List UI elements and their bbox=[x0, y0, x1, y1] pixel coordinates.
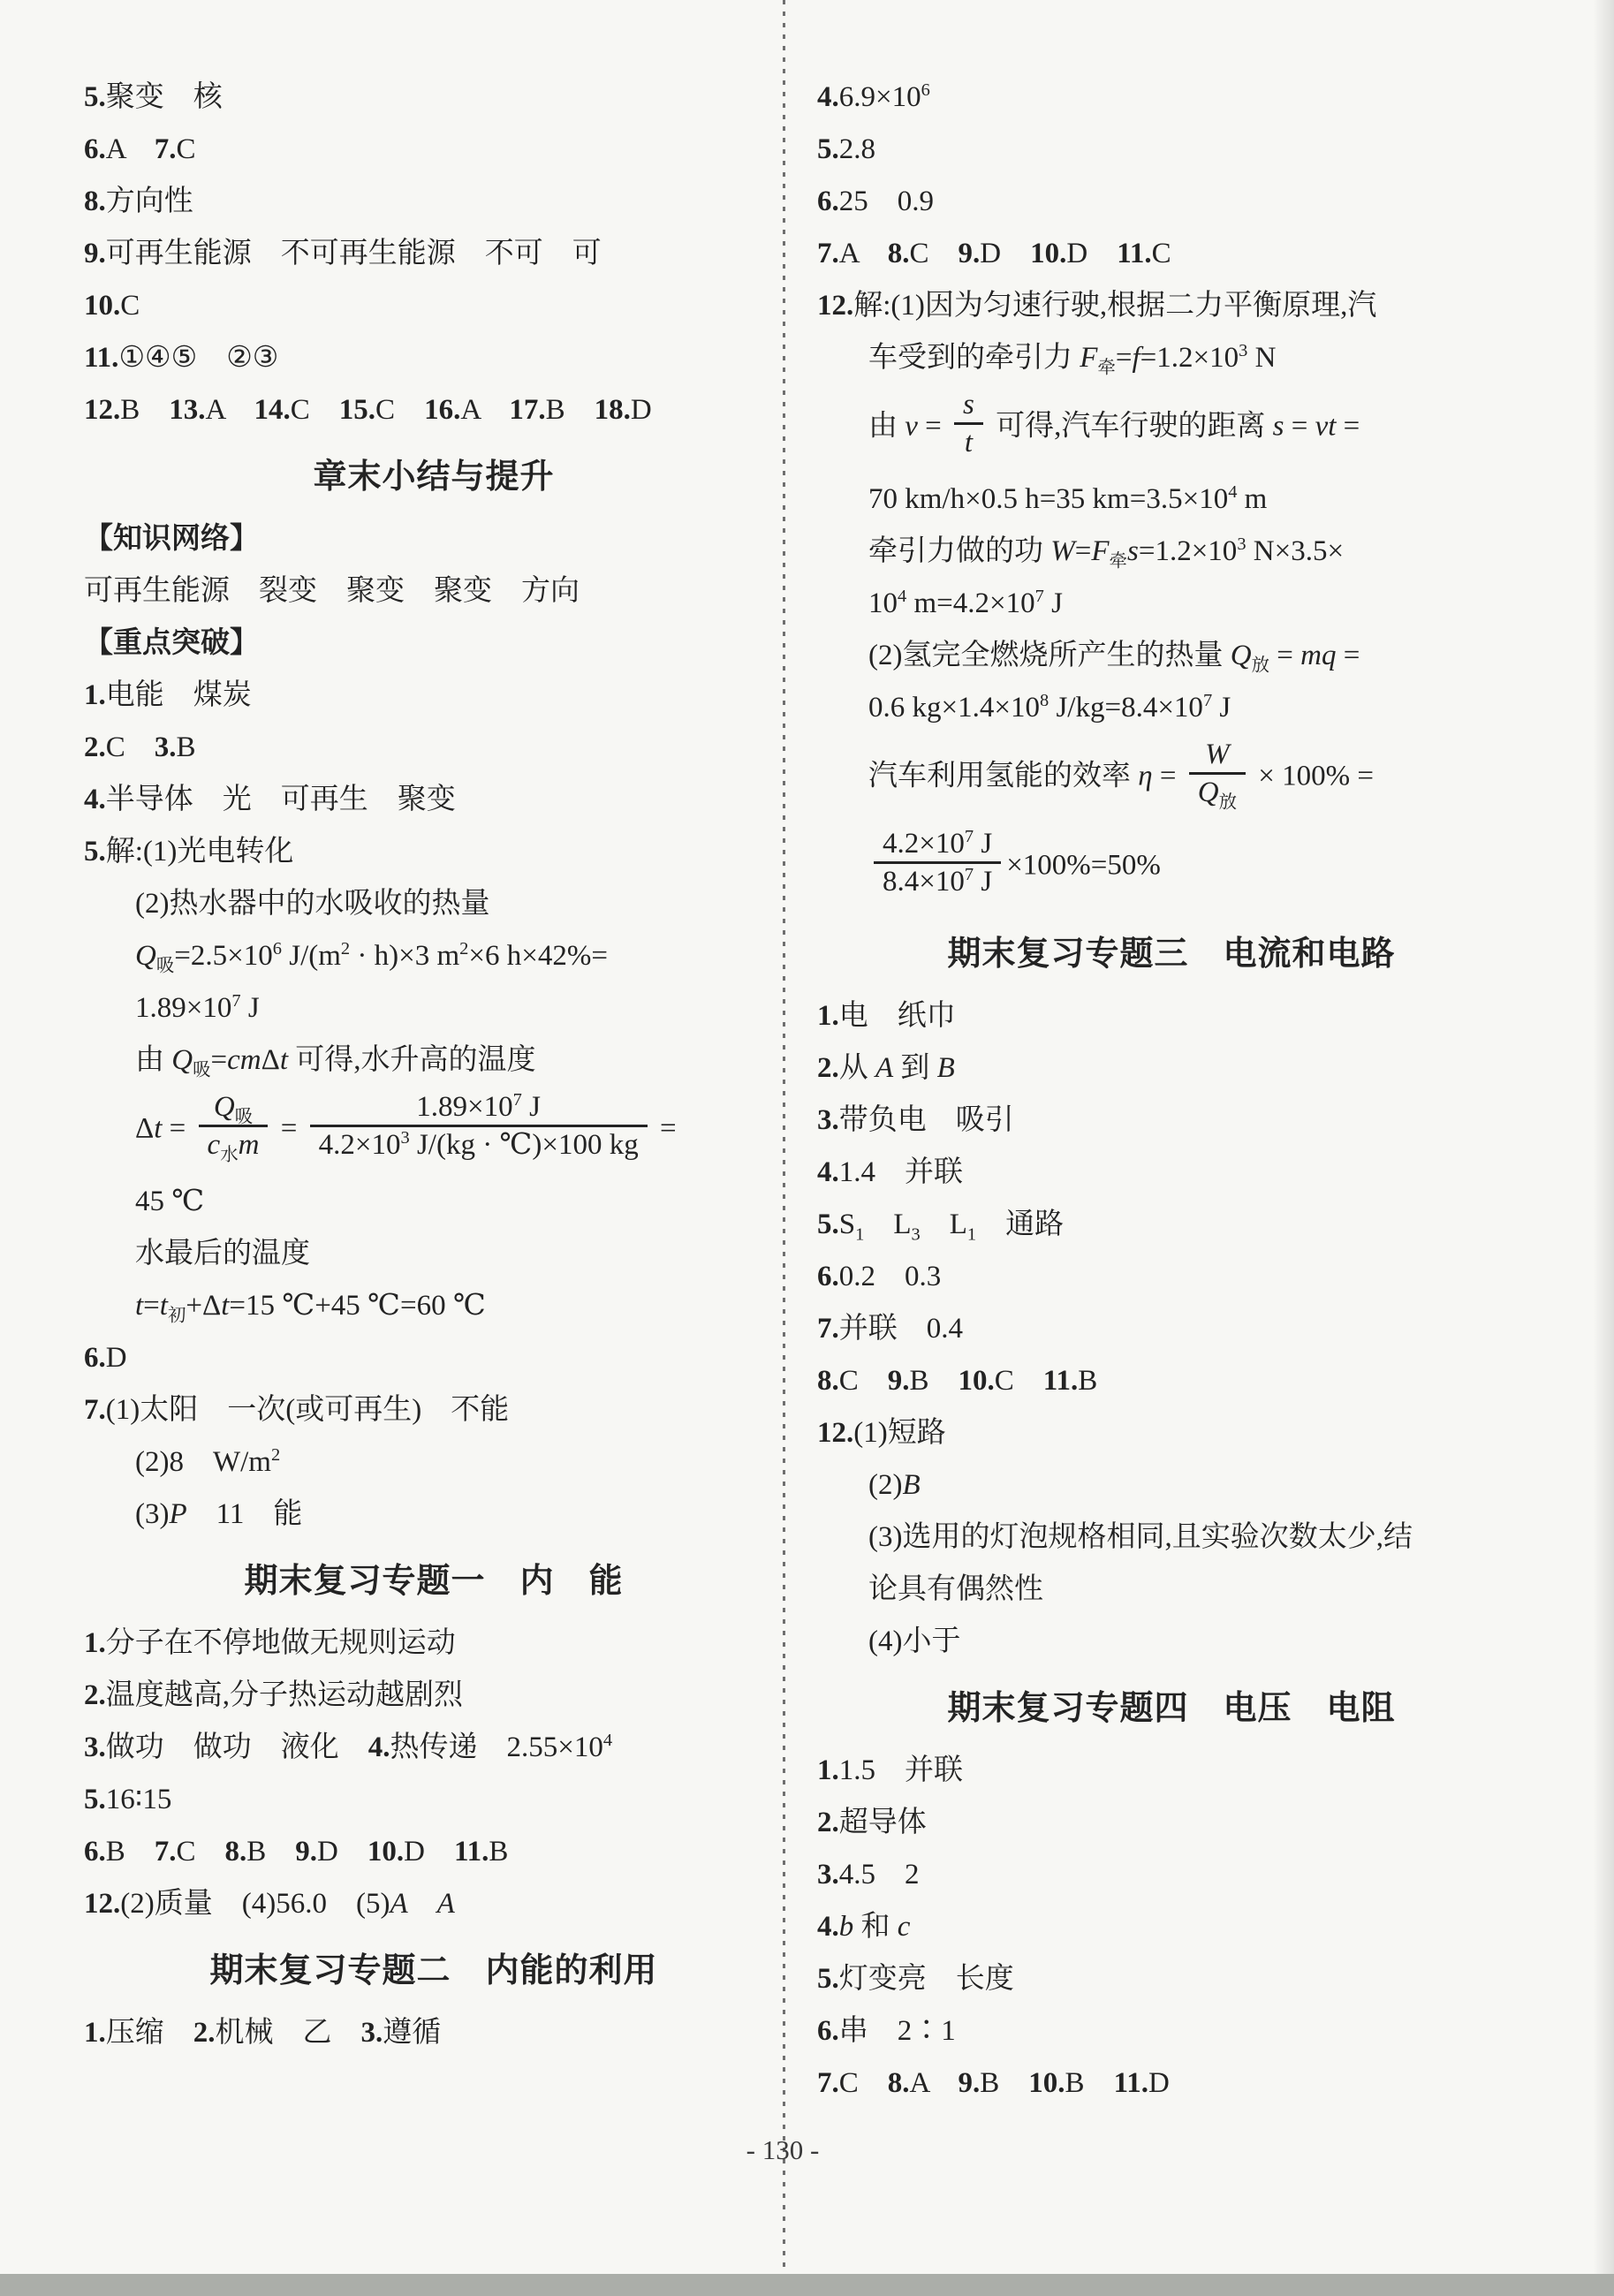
answer-line: 10.C bbox=[84, 288, 784, 323]
answer-line: 1.电能 煤炭 bbox=[84, 678, 784, 713]
answer-line: 4.6.9×106 bbox=[817, 80, 1526, 115]
answer-line: 6.B 7.C 8.B 9.D 10.D 11.B bbox=[84, 1834, 784, 1869]
answer-line: 3.做功 做功 液化 4.热传递 2.55×104 bbox=[84, 1730, 784, 1765]
fraction-numerator: 1.89×107 J bbox=[310, 1090, 648, 1127]
answer-line: 4.半导体 光 可再生 聚变 bbox=[84, 782, 784, 817]
fraction: 4.2×107 J8.4×107 J bbox=[874, 827, 1001, 899]
answer-line: 1.89×107 J bbox=[84, 990, 784, 1026]
fraction-numerator: Q吸 bbox=[199, 1090, 269, 1127]
answer-line: 汽车利用氢能的效率 η = WQ放 × 100% = bbox=[817, 742, 1526, 815]
page-edge-shadow-bottom bbox=[0, 2274, 1614, 2296]
answer-line: 12.(1)短路 bbox=[817, 1415, 1526, 1451]
answer-line: 7.并联 0.4 bbox=[817, 1311, 1526, 1346]
answer-line: 70 km/h×0.5 h=35 km=3.5×104 m bbox=[817, 481, 1526, 517]
answer-line: 12.解:(1)因为匀速行驶,根据二力平衡原理,汽 bbox=[817, 288, 1526, 323]
answer-line: 车受到的牵引力 F牵=f=1.2×103 N bbox=[817, 340, 1526, 375]
answer-line: 2.C 3.B bbox=[84, 730, 784, 765]
answer-line: 1.1.5 并联 bbox=[817, 1753, 1526, 1788]
page-number: - 130 - bbox=[694, 2134, 871, 2166]
answer-line: 可再生能源 裂变 聚变 聚变 方向 bbox=[84, 573, 784, 609]
answer-line: 6.0.2 0.3 bbox=[817, 1259, 1526, 1294]
section-heading: 期末复习专题三 电流和电路 bbox=[817, 936, 1526, 972]
answer-line: (3)选用的灯泡规格相同,且实验次数太少,结 bbox=[817, 1519, 1526, 1555]
answer-line: (4)小于 bbox=[817, 1624, 1526, 1659]
answer-line: 5.16∶15 bbox=[84, 1782, 784, 1817]
answer-line: 3.4.5 2 bbox=[817, 1857, 1526, 1892]
answer-line: (2)B bbox=[817, 1467, 1526, 1503]
answer-line: (2)氢完全燃烧所产生的热量 Q放 = mq = bbox=[817, 638, 1526, 673]
answer-line: Q吸=2.5×106 J/(m2 · h)×3 m2×6 h×42%= bbox=[84, 938, 784, 974]
answer-line: (3)P 11 能 bbox=[84, 1497, 784, 1532]
answer-line: 由 Q吸=cmΔt 可得,水升高的温度 bbox=[84, 1042, 784, 1078]
answer-line: t=t初+Δt=15 ℃+45 ℃=60 ℃ bbox=[84, 1288, 784, 1323]
left-column: 5.聚变 核6.A 7.C8.方向性9.可再生能源 不可再生能源 不可 可10.… bbox=[84, 80, 784, 2067]
section-heading: 期末复习专题二 内能的利用 bbox=[84, 1953, 784, 1989]
answer-key-page: 5.聚变 核6.A 7.C8.方向性9.可再生能源 不可再生能源 不可 可10.… bbox=[0, 0, 1614, 2296]
answer-line: (2)热水器中的水吸收的热量 bbox=[84, 886, 784, 921]
answer-line: 8.方向性 bbox=[84, 184, 784, 219]
answer-line: 由 v = st 可得,汽车行驶的距离 s = vt = bbox=[817, 392, 1526, 465]
answer-line: 11.①④⑤ ②③ bbox=[84, 340, 784, 375]
answer-line: 5.解:(1)光电转化 bbox=[84, 834, 784, 869]
answer-line: 8.C 9.B 10.C 11.B bbox=[817, 1363, 1526, 1398]
fraction: Q吸c水m bbox=[199, 1090, 269, 1163]
answer-line: 7.A 8.C 9.D 10.D 11.C bbox=[817, 236, 1526, 271]
section-heading: 期末复习专题一 内 能 bbox=[84, 1564, 784, 1599]
fraction-numerator: W bbox=[1189, 738, 1246, 775]
answer-line: 12.(2)质量 (4)56.0 (5)A A bbox=[84, 1886, 784, 1921]
fraction-denominator: 4.2×103 J/(kg · ℃)×100 kg bbox=[310, 1127, 648, 1163]
answer-line: 6.串 2∶1 bbox=[817, 2013, 1526, 2049]
answer-line: 4.2×107 J8.4×107 J×100%=50% bbox=[817, 831, 1526, 904]
answer-line: (2)8 W/m2 bbox=[84, 1444, 784, 1480]
fraction-denominator: t bbox=[954, 425, 983, 460]
answer-line: 6.25 0.9 bbox=[817, 184, 1526, 219]
section-heading: 章末小结与提升 bbox=[84, 459, 784, 495]
answer-line: 7.C 8.A 9.B 10.B 11.D bbox=[817, 2065, 1526, 2101]
fraction-numerator: 4.2×107 J bbox=[874, 827, 1001, 864]
answer-line: 6.D bbox=[84, 1340, 784, 1375]
answer-line: 牵引力做的功 W=F牵s=1.2×103 N×3.5× bbox=[817, 534, 1526, 569]
answer-line: 104 m=4.2×107 J bbox=[817, 586, 1526, 621]
right-column: 4.6.9×1065.2.86.25 0.97.A 8.C 9.D 10.D 1… bbox=[817, 80, 1526, 2118]
answer-line: 5.2.8 bbox=[817, 132, 1526, 167]
answer-line: 12.B 13.A 14.C 15.C 16.A 17.B 18.D bbox=[84, 392, 784, 428]
answer-line: 2.温度越高,分子热运动越剧烈 bbox=[84, 1678, 784, 1713]
answer-line: 论具有偶然性 bbox=[817, 1572, 1526, 1607]
answer-line: 9.可再生能源 不可再生能源 不可 可 bbox=[84, 236, 784, 271]
fraction: st bbox=[954, 388, 983, 460]
answer-line: 2.从 A 到 B bbox=[817, 1050, 1526, 1086]
answer-line: 【知识网络】 bbox=[84, 521, 784, 557]
answer-line: 5.聚变 核 bbox=[84, 80, 784, 115]
fraction-denominator: Q放 bbox=[1189, 775, 1246, 810]
answer-line: 3.带负电 吸引 bbox=[817, 1103, 1526, 1138]
answer-line: 45 ℃ bbox=[84, 1184, 784, 1219]
fraction-denominator: c水m bbox=[199, 1127, 269, 1163]
section-heading: 期末复习专题四 电压 电阻 bbox=[817, 1691, 1526, 1726]
answer-line: 5.S1 L3 L1 通路 bbox=[817, 1207, 1526, 1242]
answer-line: 0.6 kg×1.4×108 J/kg=8.4×107 J bbox=[817, 690, 1526, 725]
fraction: 1.89×107 J4.2×103 J/(kg · ℃)×100 kg bbox=[310, 1090, 648, 1163]
answer-line: 水最后的温度 bbox=[84, 1236, 784, 1271]
answer-line: 7.(1)太阳 一次(或可再生) 不能 bbox=[84, 1392, 784, 1428]
answer-line: 1.分子在不停地做无规则运动 bbox=[84, 1625, 784, 1661]
page-edge-shadow-right bbox=[1593, 0, 1614, 2274]
answer-line: Δt = Q吸c水m = 1.89×107 J4.2×103 J/(kg · ℃… bbox=[84, 1095, 784, 1167]
answer-line: 1.压缩 2.机械 乙 3.遵循 bbox=[84, 2015, 784, 2050]
answer-line: 6.A 7.C bbox=[84, 132, 784, 167]
fraction-denominator: 8.4×107 J bbox=[874, 864, 1001, 899]
fraction-numerator: s bbox=[954, 388, 983, 425]
answer-line: 2.超导体 bbox=[817, 1805, 1526, 1840]
column-divider-dotted-line bbox=[783, 0, 785, 2296]
answer-line: 【重点突破】 bbox=[84, 625, 784, 661]
answer-line: 1.电 纸巾 bbox=[817, 998, 1526, 1034]
answer-line: 4.b 和 c bbox=[817, 1909, 1526, 1944]
answer-line: 4.1.4 并联 bbox=[817, 1155, 1526, 1190]
fraction: WQ放 bbox=[1189, 738, 1246, 810]
answer-line: 5.灯变亮 长度 bbox=[817, 1961, 1526, 1997]
